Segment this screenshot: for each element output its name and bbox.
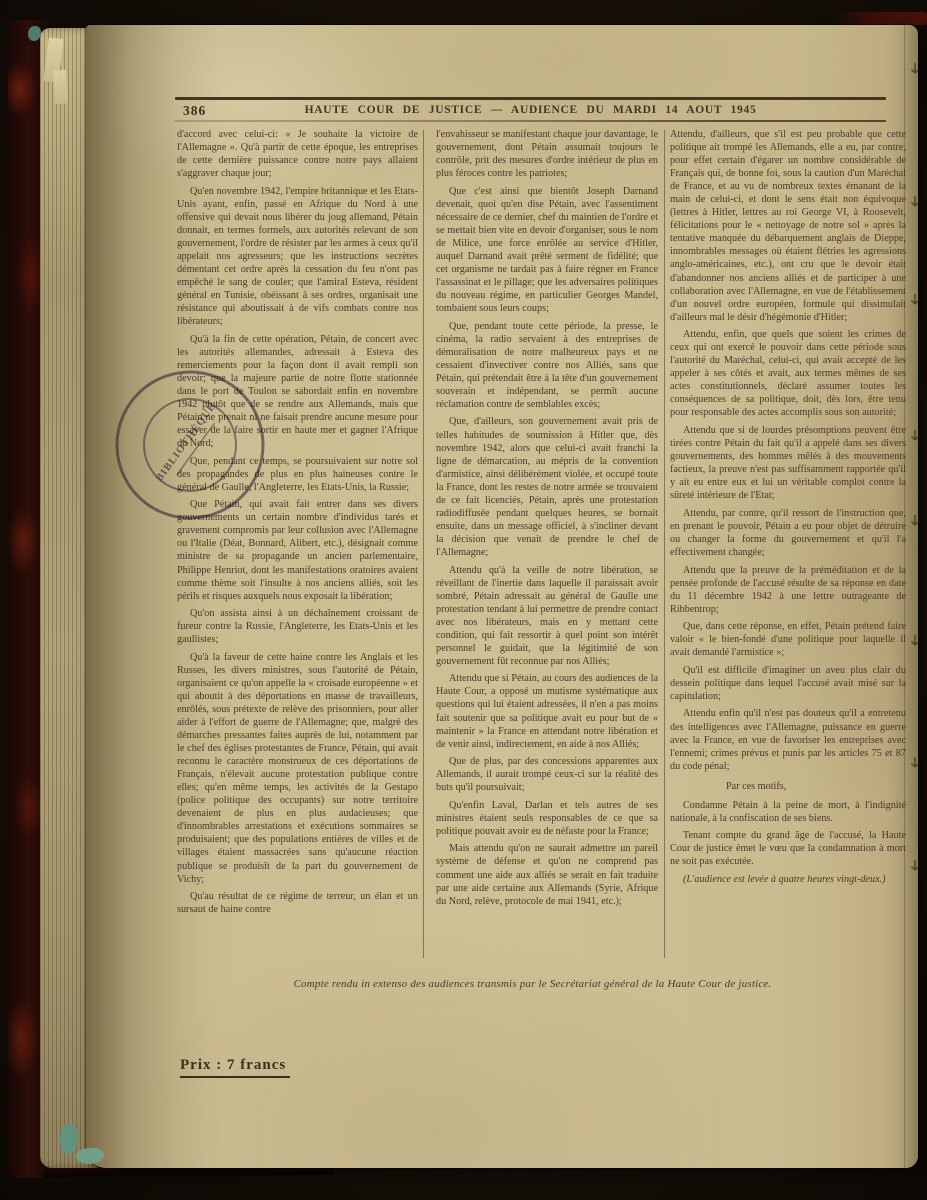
book-scan-photo: 386 HAUTE COUR DE JUSTICE — AUDIENCE DU … bbox=[0, 0, 927, 1200]
paragraph: d'accord avec celui-ci: « Je souhaite la… bbox=[177, 128, 418, 180]
paragraph: Attendu, enfin, que quels que soient les… bbox=[670, 328, 906, 419]
folded-page-corner bbox=[53, 70, 68, 105]
text-columns: d'accord avec celui-ci: « Je souhaite la… bbox=[177, 128, 906, 964]
paragraph: Que c'est ainsi que bientôt Joseph Darna… bbox=[436, 185, 658, 315]
paragraph: Que, d'ailleurs, son gouvernement avait … bbox=[436, 415, 658, 559]
margin-arrow-icon bbox=[910, 196, 920, 215]
paragraph: Attendu enfin qu'il n'est pas douteux qu… bbox=[670, 707, 906, 772]
column-divider bbox=[664, 130, 665, 958]
paragraph: Que, dans cette réponse, en effet, Pétai… bbox=[670, 620, 906, 659]
margin-arrow-icon bbox=[910, 294, 920, 313]
margin-arrow-icon bbox=[910, 635, 920, 654]
paragraph: Qu'on assista ainsi à un déchaînement cr… bbox=[177, 607, 418, 646]
paragraph: Attendu que si Pétain, au cours des audi… bbox=[436, 672, 658, 750]
paragraph: Qu'en novembre 1942, l'empire britanniqu… bbox=[177, 185, 418, 329]
cover-top-edge bbox=[835, 12, 927, 25]
paragraph: l'envahisseur se manifestant chaque jour… bbox=[436, 128, 658, 180]
stamp-inner-text: BIBLIOTHÈQUE bbox=[153, 400, 218, 483]
paragraph: Attendu, par contre, qu'il ressort de l'… bbox=[670, 507, 906, 559]
paragraph: Condamne Pétain à la peine de mort, à l'… bbox=[670, 799, 906, 825]
paragraph: Attendu, d'ailleurs, que s'il est peu pr… bbox=[670, 128, 906, 324]
paragraph: Qu'à la faveur de cette haine contre les… bbox=[177, 651, 418, 886]
paragraph: Attendu que la preuve de la préméditatio… bbox=[670, 564, 906, 616]
margin-arrow-icon bbox=[910, 860, 920, 879]
paragraph: Que, pendant toute cette période, la pre… bbox=[436, 320, 658, 411]
paragraph: Qu'enfin Laval, Darlan et tels autres de… bbox=[436, 799, 658, 838]
paragraph: Mais attendu qu'on ne saurait admettre u… bbox=[436, 842, 658, 907]
column-2: l'envahisseur se manifestant chaque jour… bbox=[436, 128, 658, 964]
margin-arrow-icon bbox=[910, 430, 920, 449]
paragraph: Tenant compte du grand âge de l'accusé, … bbox=[670, 829, 906, 868]
header-rule-bottom bbox=[175, 120, 886, 122]
paragraph: Attendu qu'à la veille de notre libérati… bbox=[436, 564, 658, 668]
margin-arrow-icon bbox=[910, 757, 920, 776]
document-page: 386 HAUTE COUR DE JUSTICE — AUDIENCE DU … bbox=[86, 25, 918, 1168]
price-label: Prix : 7 francs bbox=[180, 1057, 290, 1078]
paragraph: Qu'au résultat de ce régime de terreur, … bbox=[177, 890, 418, 916]
paragraph: Par ces motifs, bbox=[670, 780, 906, 793]
margin-arrow-icon bbox=[910, 63, 920, 82]
column-1: d'accord avec celui-ci: « Je souhaite la… bbox=[177, 128, 418, 964]
paragraph: (L'audience est levée à quatre heures vi… bbox=[670, 873, 906, 886]
paragraph: Attendu que si de lourdes présomptions p… bbox=[670, 424, 906, 502]
header-rule-top bbox=[175, 97, 886, 100]
svg-text:DES: DES bbox=[194, 477, 225, 501]
margin-arrow-icon bbox=[910, 515, 920, 534]
footer-caption: Compte rendu in extenso des audiences tr… bbox=[175, 978, 890, 990]
column-3: Attendu, d'ailleurs, que s'il est peu pr… bbox=[670, 128, 906, 964]
running-header: HAUTE COUR DE JUSTICE — AUDIENCE DU MARD… bbox=[175, 104, 886, 116]
paragraph: Que de plus, par des concessions apparen… bbox=[436, 755, 658, 794]
stamp-arc-text-bottom: DES bbox=[194, 477, 225, 501]
column-divider bbox=[423, 130, 424, 958]
paragraph: Qu'il est difficile d'imaginer un aveu p… bbox=[670, 664, 906, 703]
